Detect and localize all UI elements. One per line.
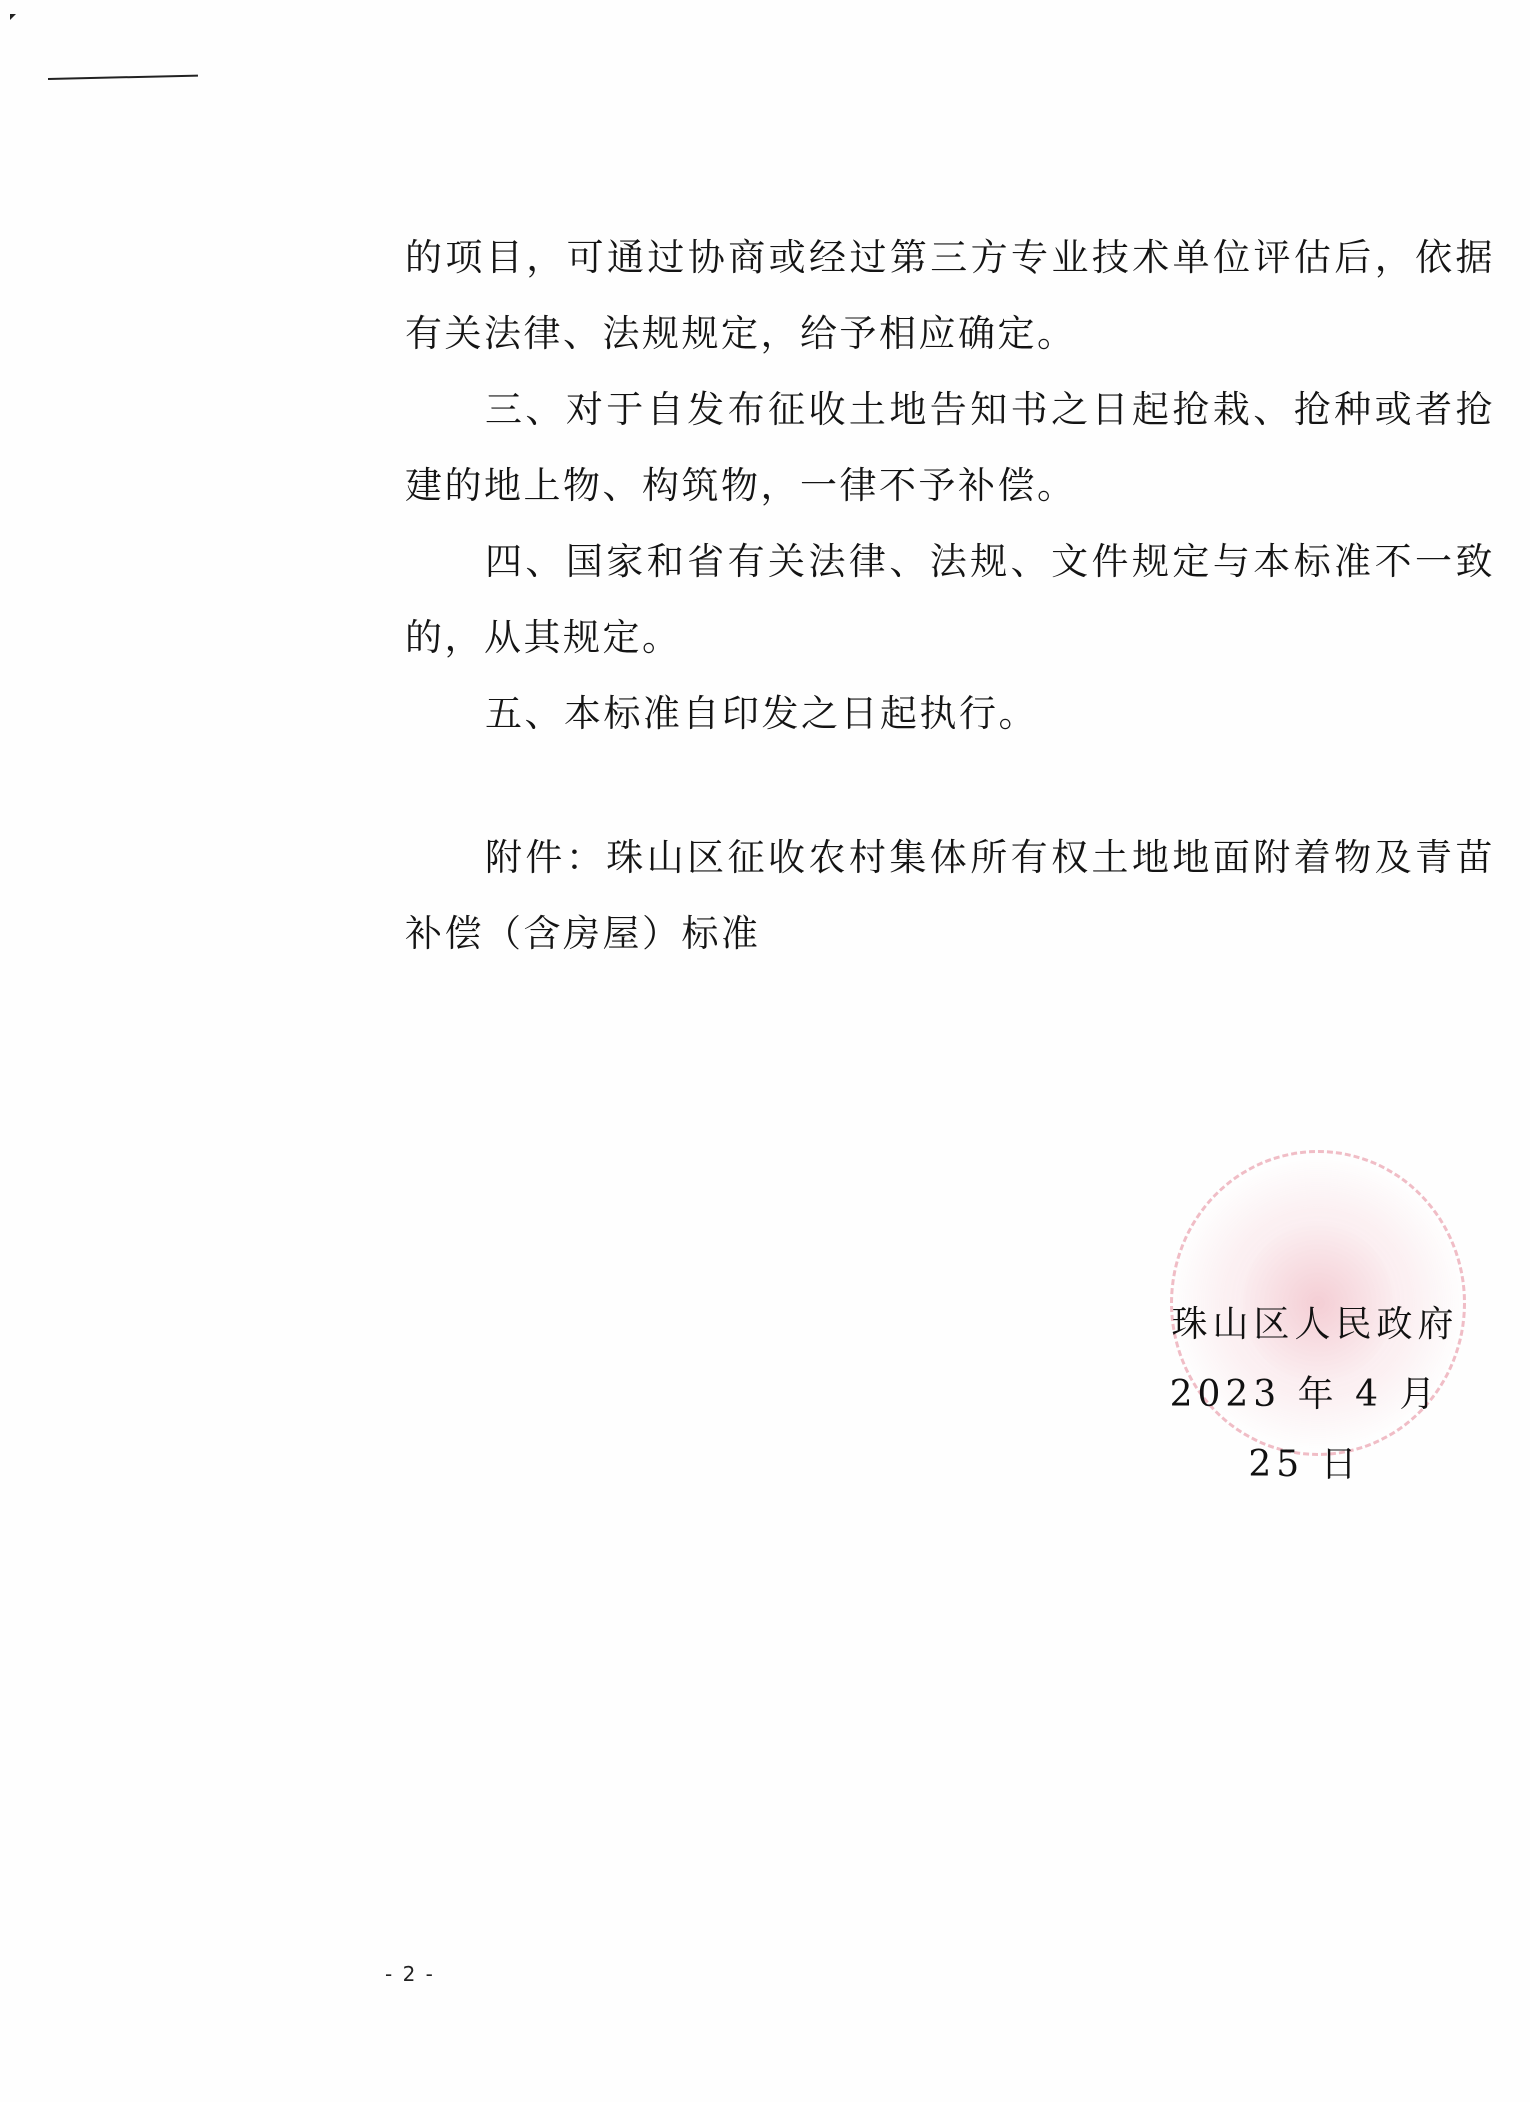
attachment-note: 附件：珠山区征收农村集体所有权土地地面附着物及青苗补偿（含房屋）标准 [405,820,1495,972]
paragraph-item-5: 五、本标准自印发之日起执行。 [405,676,1495,752]
signature-block: 珠山区人民政府 2023 年 4 月 25 日 [1135,1290,1475,1500]
scan-corner-mark [10,14,16,20]
issue-date: 2023 年 4 月 25 日 [1135,1360,1475,1500]
header-rule-line [48,75,198,80]
page-number: - 2 - [385,1962,435,1986]
paragraph-continuation: 的项目，可通过协商或经过第三方专业技术单位评估后，依据有关法律、法规规定，给予相… [405,220,1495,372]
paragraph-item-3: 三、对于自发布征收土地告知书之日起抢栽、抢种或者抢建的地上物、构筑物，一律不予补… [405,372,1495,524]
document-page: 的项目，可通过协商或经过第三方专业技术单位评估后，依据有关法律、法规规定，给予相… [0,0,1530,2102]
paragraph-item-4: 四、国家和省有关法律、法规、文件规定与本标准不一致的，从其规定。 [405,524,1495,676]
issuing-organization: 珠山区人民政府 [1135,1290,1475,1360]
